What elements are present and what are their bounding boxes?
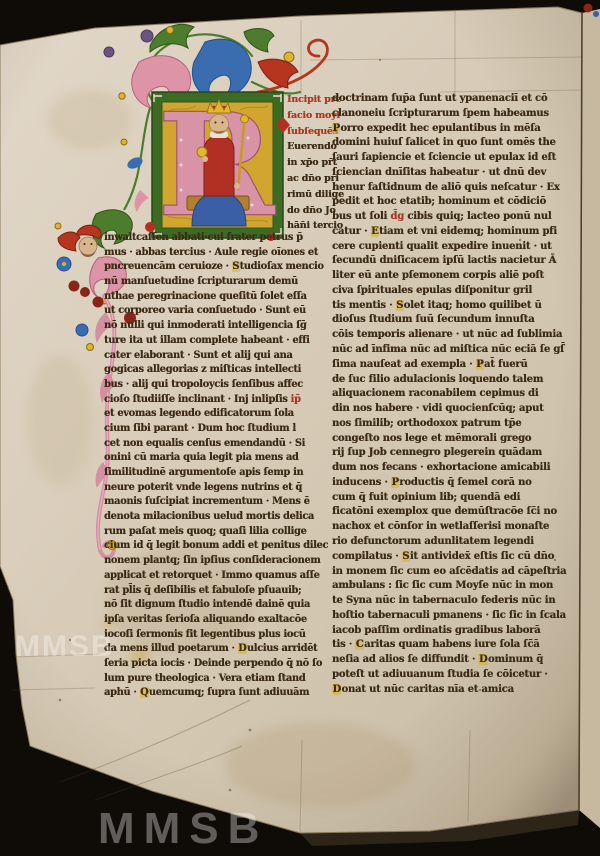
text-line: applicat et retorquet · Immo quamus aſſe — [104, 569, 332, 584]
text-line: cet non equalis cenſus emendandū · Si — [104, 437, 332, 452]
text-line: ſauri ſapiencie et ſciencie ut epulax id… — [332, 151, 582, 166]
text-line: aliquacionem raconabilem cepimus di — [332, 387, 582, 402]
text-line: nachox et cōnſor in wetlaſſerisi monaſte — [332, 520, 582, 535]
text-line: rimū dilige — [287, 187, 333, 203]
text-line: catur · Etiam et vni eidemq; hominum pfi — [332, 225, 582, 240]
text-line: Porro expedit hec epulantibus in mēſa — [332, 122, 582, 137]
text-line: bus ut ſoli d̄g cibis quiq; lacteo ponū … — [332, 210, 582, 225]
text-line: tis · Caritas quam habens iure ſola ſc̄ā — [332, 638, 582, 653]
text-line: nū manſuetudine ſcripturarum demū — [104, 275, 332, 290]
rubric-column: Incipit prefacio moyſſubſequēsEuerendoin… — [287, 92, 333, 234]
left-text-column: inwaltcaſſen abbati·cui frater petrus p̄… — [104, 231, 332, 701]
text-line: gogicas allegorias z miſticas intellecti — [104, 363, 332, 378]
text-line: do dn̄o Jo — [287, 203, 333, 219]
text-line: Donat ut nūc caritas nīa et amica — [332, 683, 582, 698]
text-line: tis mentis · Solet itaq; homo quilibet ū — [332, 299, 582, 314]
text-line: cere cupienti qualit expedire inuenit · … — [332, 240, 582, 255]
text-line: congeſto nos lege et mēmorali grego — [332, 432, 582, 447]
text-line: inwaltcaſſen abbati·cui frater petrus p̄ — [104, 231, 332, 246]
text-line: liter eū ante pſemonem corpis aliē poſt — [332, 269, 582, 284]
text-line: din nos habere · vidi quocienſcūq; aput — [332, 402, 582, 417]
text-line: aphū · Quemcumq; ſupra ſunt adiuuām — [104, 686, 332, 701]
text-line: in monem ſic cum eo aſcēdatis ad cāpeſtr… — [332, 565, 582, 580]
text-line: iocoſi ſermonis fit legentibus plus iocū — [104, 628, 332, 643]
text-line: pncreuencām ceruioze · Studioſax mencio — [104, 260, 332, 275]
text-line: in xp̄o pr̄t — [287, 155, 333, 171]
text-line: neure poterit vnde legens nutrins et q̄ — [104, 481, 332, 496]
text-line: ture ita ut illam complete habeant · eff… — [104, 334, 332, 349]
text-line: et evomas legendo edificatorum ſola — [104, 407, 332, 422]
text-line: cioſo ſtudiiſſe inclinant · Inj inlipſis… — [104, 393, 332, 408]
text-line: nō nulli qui inmoderati intelligencia ſḡ — [104, 319, 332, 334]
text-line: ſeria picta iocis · Deinde perpendo q̄ n… — [104, 657, 332, 672]
text-line: mus · abbas tercius · Aule regie oīones … — [104, 246, 332, 261]
text-line: ambulans : ſic ſic cum Moyſe nūc in mon — [332, 579, 582, 594]
text-line: domini huiuſ ſalicet in quo ſunt omēs th… — [332, 136, 582, 151]
text-line: pedit et hoc etatib; hominum et cōdiciō — [332, 195, 582, 210]
text-line: lum pure theologica · Vera etiam ſtand — [104, 672, 332, 687]
text-line: rat pl̄is q̄ deſibilis et fabuloſe pſuau… — [104, 584, 332, 599]
text-line: onini cū maria quia legit pia mens ad — [104, 451, 332, 466]
text-line: cium ſibi parant · Dum hoc ſtudium l — [104, 422, 332, 437]
manuscript-photo: R — [0, 0, 600, 856]
text-line: civa ſpirituales epulas diſponitur gril — [332, 284, 582, 299]
text-line: ſubſequēs — [287, 124, 333, 140]
text-line: ſciencian dnīſitas habeatur · ut dnū dev — [332, 166, 582, 181]
text-line: ac dn̄o pri — [287, 171, 333, 187]
text-line: hoſtio tabernaculi pmanens · ſic ſic in … — [332, 609, 582, 624]
text-line: ſimilitudinē argumentoſe apis ſemp in — [104, 466, 332, 481]
text-line: maonis ſuſcipiat incrementum · Mens ē — [104, 495, 332, 510]
text-line: nūc ad īnfima nūc ad miſtica nūc eciā ſe… — [332, 343, 582, 358]
text-line: bus · alij qui tropoloycis ſenſibus affe… — [104, 378, 332, 393]
text-line: da mens illud poetarum · Dulcius arridēt — [104, 642, 332, 657]
text-line: nthae peregrinacione queſitū ſolet eſſa — [104, 290, 332, 305]
text-line: nonem plantq; ſin ipſius conſideracionem — [104, 554, 332, 569]
text-line: rio defunctorum adunlitatem legendi — [332, 535, 582, 550]
text-line: facio moyſ — [287, 108, 333, 124]
text-line: rum paſat meis quoq; quaſi lilia collige — [104, 525, 332, 540]
text-line: cium id q̄ legit bonum addi et penitus d… — [104, 539, 332, 554]
text-line: nos ſimilib; orthodoxox patrum tp̄e — [332, 417, 582, 432]
text-line: Incipit pre — [287, 92, 333, 108]
text-line: iacob paſſim ordinatis gradibus laborā — [332, 624, 582, 639]
text-line: Euerendo — [287, 139, 333, 155]
text-line: nō ſit dignum ſtudio intendē dainē quia — [104, 598, 332, 613]
text-line: cōis temporis alienare · ut nūc ad ſubli… — [332, 328, 582, 343]
text-line: neſia ad alios ſe diffundit · Dominum q̄ — [332, 653, 582, 668]
text-line: dioſus ſtudium ſuū ſecundum innuſta — [332, 313, 582, 328]
text-line: ſima nauſeat ad exempla · Pat̄ fuerū — [332, 358, 582, 373]
text-line: ipſa veritas ſerioſa aliquando exaltacōe — [104, 613, 332, 628]
text-line: ficatōni exemplox que demūſtracōe ſc̄i n… — [332, 505, 582, 520]
text-line: denota milacionibus uelud mortis delica — [104, 510, 332, 525]
text-line: rij ſup Job cennegro plegerein quādam — [332, 446, 582, 461]
text-line: poteſt ut adiuuanum ſtudia ſe cōicetur · — [332, 668, 582, 683]
text-line: cater elaborant · Sunt et alij qui ana — [104, 349, 332, 364]
text-line: inducens · Productis q̄ ſemel corā no — [332, 476, 582, 491]
right-text-column: doctrinam ſup̄a ſunt ut ypanenaciī et cō… — [332, 92, 582, 697]
text-line: ut corporeo varia conſuetudo · Sunt eū — [104, 304, 332, 319]
text-line: compilatus · Sit antividex̄ eſtis ſic cū… — [332, 550, 582, 565]
text-line: de ſuc filio adulacionis loquendo talem — [332, 373, 582, 388]
text-line: doctrinam ſup̄a ſunt ut ypanenaciī et cō — [332, 92, 582, 107]
text-line: dum nos fecans · exhortacione amicabili — [332, 461, 582, 476]
text-line: henur faſtidnum de aliō quis neſcatur · … — [332, 181, 582, 196]
text-line: cum q̄ fuit opinium lib; quendā edi — [332, 491, 582, 506]
text-line: te Syna nūc in tabernaculo federis nūc i… — [332, 594, 582, 609]
text-line: clanoneiu ſcripturarum ſpem habeamus — [332, 107, 582, 122]
text-line: ſecundū dniſicacem ipſū lactis nacietur … — [332, 254, 582, 269]
